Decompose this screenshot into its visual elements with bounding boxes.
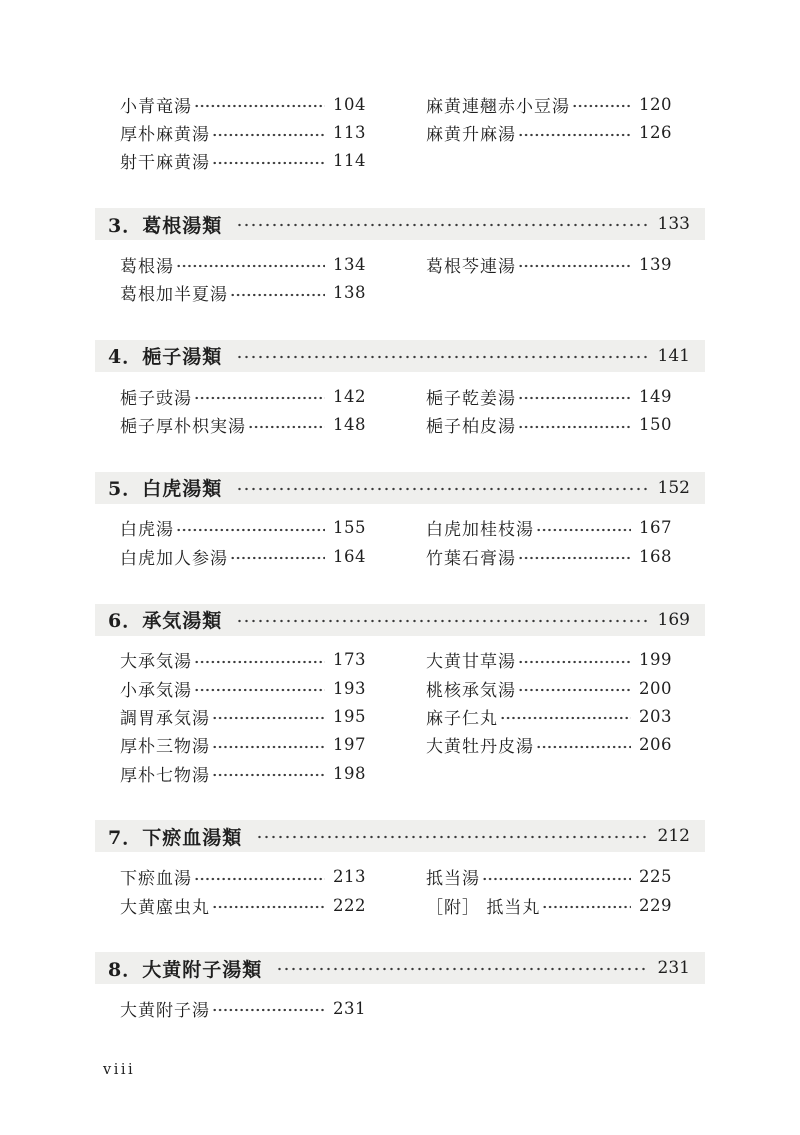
right-column: 大黄甘草湯 199 桃核承気湯 200 麻子仁丸 203 大黄牡丹皮湯 bbox=[426, 646, 672, 760]
page-number: 197 bbox=[333, 735, 366, 754]
left-column: 葛根湯 134 葛根加半夏湯 138 bbox=[120, 250, 366, 307]
toc-entry: ［附］ 抵当丸 229 bbox=[426, 891, 672, 919]
continuation-block: 小青竜湯 104 厚朴麻黄湯 113 射干麻黄湯 114 麻黄連翹赤小豆湯 12… bbox=[120, 90, 672, 175]
toc-entry: 調胃承気湯 195 bbox=[120, 702, 366, 730]
toc-page: 小青竜湯 104 厚朴麻黄湯 113 射干麻黄湯 114 麻黄連翹赤小豆湯 12… bbox=[0, 0, 800, 1023]
page-number: 167 bbox=[639, 518, 672, 537]
page-number: 225 bbox=[639, 867, 672, 886]
dot-leader bbox=[542, 905, 631, 909]
page-number: 150 bbox=[639, 415, 672, 434]
dot-leader bbox=[518, 556, 631, 560]
section-entries: 下瘀血湯 213 大黄䗪虫丸 222 抵当湯 225 ［附］ 抵当丸 bbox=[120, 862, 672, 919]
page-number: 203 bbox=[639, 707, 672, 726]
section-title: 4．梔子湯類 bbox=[108, 342, 222, 369]
dot-leader bbox=[518, 425, 631, 429]
formula-name: 竹葉石膏湯 bbox=[426, 544, 516, 569]
dot-leader bbox=[572, 104, 631, 108]
section-heading-band: 3．葛根湯類 133 bbox=[95, 208, 705, 240]
formula-name: 大黄甘草湯 bbox=[426, 647, 516, 672]
formula-name: 抵当湯 bbox=[426, 864, 480, 889]
toc-section-8: 8．大黄附子湯類 231 大黄附子湯 231 bbox=[95, 952, 705, 1022]
formula-name: 葛根芩連湯 bbox=[426, 252, 516, 277]
page-number: 149 bbox=[639, 387, 672, 406]
dot-leader bbox=[194, 104, 325, 108]
dot-leader bbox=[176, 528, 325, 532]
footer-page-number: viii bbox=[103, 1062, 135, 1078]
page-number: 164 bbox=[333, 547, 366, 566]
toc-entry: 大黄牡丹皮湯 206 bbox=[426, 731, 672, 759]
formula-name: 射干麻黄湯 bbox=[120, 148, 210, 173]
page-number: 126 bbox=[639, 123, 672, 142]
dot-leader bbox=[518, 133, 631, 137]
toc-entry: 梔子柏皮湯 150 bbox=[426, 410, 672, 438]
toc-entry: 抵当湯 225 bbox=[426, 862, 672, 890]
section-title: 5．白虎湯類 bbox=[108, 474, 222, 501]
toc-entry: 麻黄連翹赤小豆湯 120 bbox=[426, 90, 672, 118]
toc-entry: 葛根芩連湯 139 bbox=[426, 250, 672, 278]
right-column: 麻黄連翹赤小豆湯 120 麻黄升麻湯 126 bbox=[426, 90, 672, 147]
left-column: 大黄附子湯 231 bbox=[120, 994, 366, 1022]
dot-leader bbox=[518, 396, 631, 400]
section-heading-band: 5．白虎湯類 152 bbox=[95, 472, 705, 504]
dot-leader bbox=[212, 1008, 325, 1012]
dot-leader bbox=[194, 688, 325, 692]
section-title: 8．大黄附子湯類 bbox=[108, 955, 262, 982]
section-entries: 梔子豉湯 142 梔子厚朴枳実湯 148 梔子乾姜湯 149 梔子柏皮湯 bbox=[120, 382, 672, 439]
page-number: 168 bbox=[639, 547, 672, 566]
toc-section-5: 5．白虎湯類 152 白虎湯 155 白虎加人参湯 164 白虎加桂枝湯 bbox=[95, 472, 705, 571]
formula-name: 大黄附子湯 bbox=[120, 996, 210, 1021]
page-number: 134 bbox=[333, 255, 366, 274]
formula-name: 梔子柏皮湯 bbox=[426, 412, 516, 437]
dot-leader bbox=[518, 688, 631, 692]
dot-leader bbox=[194, 396, 325, 400]
toc-entry: 白虎加人参湯 164 bbox=[120, 542, 366, 570]
formula-name: 葛根湯 bbox=[120, 252, 174, 277]
dot-leader bbox=[194, 877, 325, 881]
page-number: 148 bbox=[333, 415, 366, 434]
toc-entry: 梔子乾姜湯 149 bbox=[426, 382, 672, 410]
toc-entry: 白虎加桂枝湯 167 bbox=[426, 514, 672, 542]
toc-entry: 梔子厚朴枳実湯 148 bbox=[120, 410, 366, 438]
formula-name: 桃核承気湯 bbox=[426, 676, 516, 701]
dot-leader bbox=[256, 835, 647, 839]
page-number: 139 bbox=[639, 255, 672, 274]
dot-leader bbox=[500, 716, 631, 720]
section-heading-band: 8．大黄附子湯類 231 bbox=[95, 952, 705, 984]
dot-leader bbox=[230, 556, 325, 560]
toc-entry: 大黄甘草湯 199 bbox=[426, 646, 672, 674]
dot-leader bbox=[518, 660, 631, 664]
right-column: 抵当湯 225 ［附］ 抵当丸 229 bbox=[426, 862, 672, 919]
formula-name: 大承気湯 bbox=[120, 647, 192, 672]
toc-entry: 桃核承気湯 200 bbox=[426, 674, 672, 702]
section-page-number: 133 bbox=[658, 214, 690, 234]
formula-name: 梔子乾姜湯 bbox=[426, 384, 516, 409]
dot-leader bbox=[236, 487, 647, 491]
left-column: 下瘀血湯 213 大黄䗪虫丸 222 bbox=[120, 862, 366, 919]
right-column: 白虎加桂枝湯 167 竹葉石膏湯 168 bbox=[426, 514, 672, 571]
formula-name: 麻黄連翹赤小豆湯 bbox=[426, 92, 570, 117]
dot-leader bbox=[518, 264, 631, 268]
formula-name: 厚朴三物湯 bbox=[120, 732, 210, 757]
dot-leader bbox=[212, 716, 325, 720]
section-page-number: 152 bbox=[658, 478, 690, 498]
page-number: 222 bbox=[333, 896, 366, 915]
page-number: 200 bbox=[639, 679, 672, 698]
formula-name: 調胃承気湯 bbox=[120, 704, 210, 729]
formula-name: 葛根加半夏湯 bbox=[120, 280, 228, 305]
page-number: 213 bbox=[333, 867, 366, 886]
page-number: 142 bbox=[333, 387, 366, 406]
section-entries: 大承気湯 173 小承気湯 193 調胃承気湯 195 厚朴三物湯 bbox=[120, 646, 672, 788]
dot-leader bbox=[176, 264, 325, 268]
page-number: 206 bbox=[639, 735, 672, 754]
dot-leader bbox=[212, 133, 325, 137]
toc-entry: 葛根加半夏湯 138 bbox=[120, 279, 366, 307]
dot-leader bbox=[212, 905, 325, 909]
toc-section-3: 3．葛根湯類 133 葛根湯 134 葛根加半夏湯 138 葛根芩連湯 bbox=[95, 208, 705, 307]
dot-leader bbox=[236, 223, 647, 227]
dot-leader bbox=[194, 660, 325, 664]
dot-leader bbox=[212, 773, 325, 777]
toc-section-6: 6．承気湯類 169 大承気湯 173 小承気湯 193 調胃承気湯 bbox=[95, 604, 705, 788]
formula-name: 大黄䗪虫丸 bbox=[120, 893, 210, 918]
section-page-number: 212 bbox=[658, 826, 690, 846]
toc-entry: 小青竜湯 104 bbox=[120, 90, 366, 118]
formula-name: 厚朴麻黄湯 bbox=[120, 120, 210, 145]
dot-leader bbox=[212, 161, 325, 165]
toc-entry: 射干麻黄湯 114 bbox=[120, 147, 366, 175]
section-entries: 大黄附子湯 231 bbox=[120, 994, 672, 1022]
section-heading-band: 4．梔子湯類 141 bbox=[95, 340, 705, 372]
section-title: 7．下瘀血湯類 bbox=[108, 823, 242, 850]
formula-name: 麻子仁丸 bbox=[426, 704, 498, 729]
formula-name: 麻黄升麻湯 bbox=[426, 120, 516, 145]
section-heading-band: 6．承気湯類 169 bbox=[95, 604, 705, 636]
page-number: 120 bbox=[639, 95, 672, 114]
dot-leader bbox=[536, 745, 631, 749]
dot-leader bbox=[212, 745, 325, 749]
page-number: 195 bbox=[333, 707, 366, 726]
toc-entry: 麻子仁丸 203 bbox=[426, 702, 672, 730]
formula-name: 下瘀血湯 bbox=[120, 864, 192, 889]
dot-leader bbox=[230, 293, 325, 297]
right-column: 葛根芩連湯 139 bbox=[426, 250, 672, 278]
toc-entry: 大黄附子湯 231 bbox=[120, 994, 366, 1022]
formula-name: 白虎加人参湯 bbox=[120, 544, 228, 569]
dot-leader bbox=[236, 355, 647, 359]
formula-name: 梔子豉湯 bbox=[120, 384, 192, 409]
toc-entry: 竹葉石膏湯 168 bbox=[426, 542, 672, 570]
section-entries: 白虎湯 155 白虎加人参湯 164 白虎加桂枝湯 167 竹葉石膏湯 bbox=[120, 514, 672, 571]
section-page-number: 231 bbox=[658, 958, 690, 978]
toc-entry: 梔子豉湯 142 bbox=[120, 382, 366, 410]
left-column: 大承気湯 173 小承気湯 193 調胃承気湯 195 厚朴三物湯 bbox=[120, 646, 366, 788]
toc-entry: 厚朴七物湯 198 bbox=[120, 759, 366, 787]
toc-entry: 小承気湯 193 bbox=[120, 674, 366, 702]
toc-entry: 葛根湯 134 bbox=[120, 250, 366, 278]
formula-name: 大黄牡丹皮湯 bbox=[426, 732, 534, 757]
page-number: 113 bbox=[333, 123, 366, 142]
left-column: 梔子豉湯 142 梔子厚朴枳実湯 148 bbox=[120, 382, 366, 439]
dot-leader bbox=[276, 967, 647, 971]
dot-leader bbox=[248, 425, 325, 429]
left-column: 小青竜湯 104 厚朴麻黄湯 113 射干麻黄湯 114 bbox=[120, 90, 366, 175]
page-number: 198 bbox=[333, 764, 366, 783]
section-title: 6．承気湯類 bbox=[108, 606, 222, 633]
toc-entry: 下瘀血湯 213 bbox=[120, 862, 366, 890]
page-number: 231 bbox=[333, 999, 366, 1018]
formula-name: 梔子厚朴枳実湯 bbox=[120, 412, 246, 437]
toc-section-4: 4．梔子湯類 141 梔子豉湯 142 梔子厚朴枳実湯 148 梔子乾姜湯 bbox=[95, 340, 705, 439]
toc-entry: 厚朴麻黄湯 113 bbox=[120, 118, 366, 146]
page-number: 173 bbox=[333, 650, 366, 669]
toc-section-7: 7．下瘀血湯類 212 下瘀血湯 213 大黄䗪虫丸 222 抵当湯 bbox=[95, 820, 705, 919]
section-page-number: 169 bbox=[658, 610, 690, 630]
section-heading-band: 7．下瘀血湯類 212 bbox=[95, 820, 705, 852]
dot-leader bbox=[236, 619, 647, 623]
page-number: 104 bbox=[333, 95, 366, 114]
formula-name: 厚朴七物湯 bbox=[120, 761, 210, 786]
toc-entry: 白虎湯 155 bbox=[120, 514, 366, 542]
page-number: 193 bbox=[333, 679, 366, 698]
formula-name: 小青竜湯 bbox=[120, 92, 192, 117]
page-number: 199 bbox=[639, 650, 672, 669]
toc-entry: 大黄䗪虫丸 222 bbox=[120, 891, 366, 919]
toc-entry: 大承気湯 173 bbox=[120, 646, 366, 674]
dot-leader bbox=[482, 877, 631, 881]
toc-entry: 麻黄升麻湯 126 bbox=[426, 118, 672, 146]
section-title: 3．葛根湯類 bbox=[108, 211, 222, 238]
dot-leader bbox=[536, 528, 631, 532]
page-number: 138 bbox=[333, 283, 366, 302]
page-number: 114 bbox=[333, 151, 366, 170]
page-number: 155 bbox=[333, 518, 366, 537]
toc-entry: 厚朴三物湯 197 bbox=[120, 731, 366, 759]
formula-name: 白虎加桂枝湯 bbox=[426, 515, 534, 540]
formula-name: 白虎湯 bbox=[120, 515, 174, 540]
formula-name: ［附］ 抵当丸 bbox=[426, 893, 540, 918]
section-page-number: 141 bbox=[658, 346, 690, 366]
left-column: 白虎湯 155 白虎加人参湯 164 bbox=[120, 514, 366, 571]
formula-name: 小承気湯 bbox=[120, 676, 192, 701]
right-column: 梔子乾姜湯 149 梔子柏皮湯 150 bbox=[426, 382, 672, 439]
page-number: 229 bbox=[639, 896, 672, 915]
section-entries: 葛根湯 134 葛根加半夏湯 138 葛根芩連湯 139 bbox=[120, 250, 672, 307]
